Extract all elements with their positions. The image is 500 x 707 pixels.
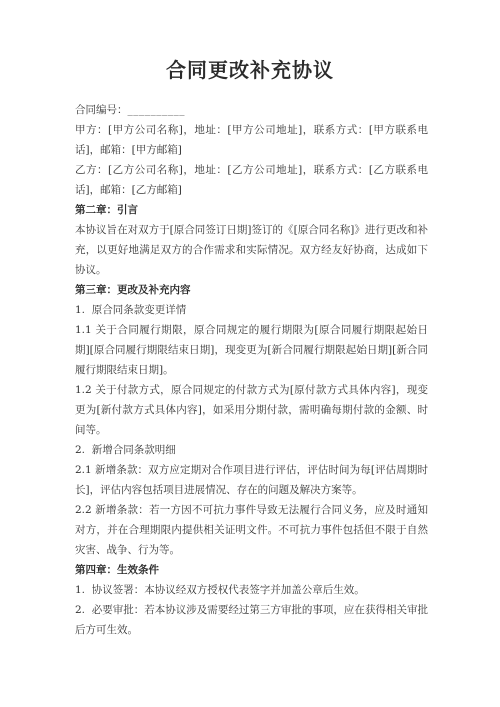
contract-number-label: 合同编号： (75, 104, 128, 116)
contract-number-line: 合同编号：__________ (75, 100, 428, 120)
paragraph: 甲方：[甲方公司名称]，地址：[甲方公司地址]，联系方式：[甲方联系电话]，邮箱… (75, 120, 428, 160)
paragraph: 1.2 关于付款方式，原合同规定的付款方式为[原付款方式具体内容]，现变更为[新… (75, 380, 428, 440)
paragraph: 1. 原合同条款变更详情 (75, 300, 428, 320)
paragraph: 2.1 新增条款：双方应定期对合作项目进行评估，评估时间为每[评估周期时长]，评… (75, 460, 428, 500)
document-title: 合同更改补充协议 (0, 0, 500, 85)
paragraph: 2.2 新增条款：若一方因不可抗力事件导致无法履行合同义务，应及时通知对方，并在… (75, 500, 428, 560)
section-heading: 第四章：生效条件 (75, 560, 428, 580)
paragraph: 2. 必要审批：若本协议涉及需要经过第三方审批的事项，应在获得相关审批后方可生效… (75, 600, 428, 640)
paragraph: 本协议旨在对双方于[原合同签订日期]签订的《[原合同名称]》进行更改和补充，以更… (75, 220, 428, 280)
section-heading: 第三章：更改及补充内容 (75, 280, 428, 300)
contract-number-blank: __________ (128, 104, 186, 116)
document-body: 合同编号：__________ 甲方：[甲方公司名称]，地址：[甲方公司地址]，… (75, 100, 428, 640)
paragraph: 乙方：[乙方公司名称]，地址：[乙方公司地址]，联系方式：[乙方联系电话]，邮箱… (75, 160, 428, 200)
paragraph: 2. 新增合同条款明细 (75, 440, 428, 460)
document-page: 合同更改补充协议 合同编号：__________ 甲方：[甲方公司名称]，地址：… (0, 0, 500, 707)
paragraph: 1.1 关于合同履行期限，原合同规定的履行期限为[原合同履行期限起始日期][原合… (75, 320, 428, 380)
section-heading: 第二章：引言 (75, 200, 428, 220)
paragraph: 1. 协议签署：本协议经双方授权代表签字并加盖公章后生效。 (75, 580, 428, 600)
